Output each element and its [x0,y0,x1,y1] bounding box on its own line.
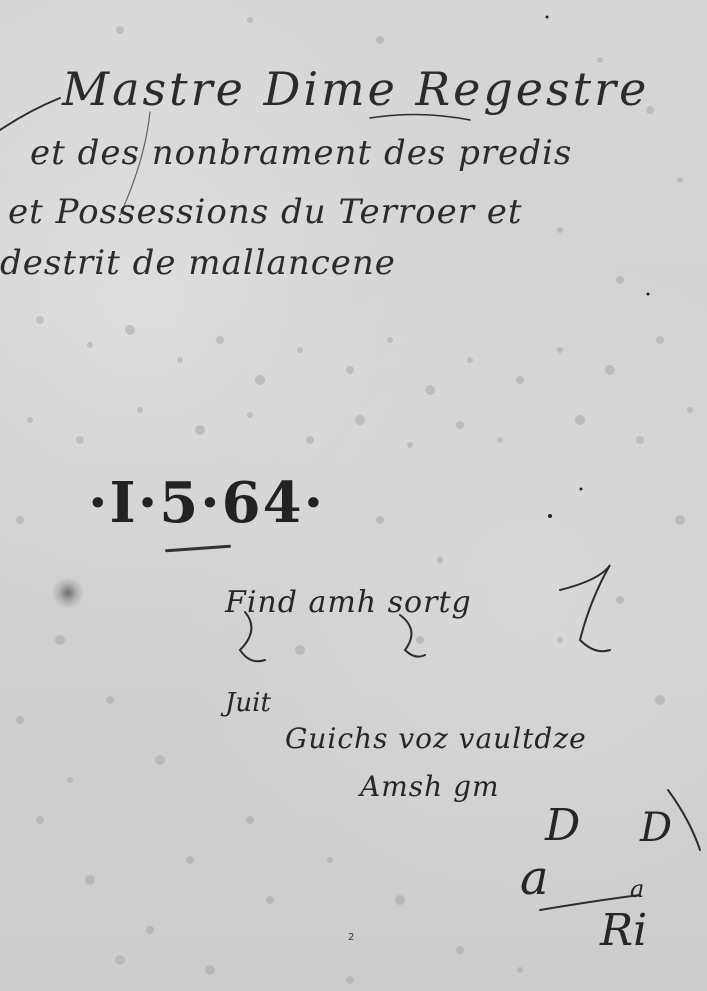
year-date: ·I·5·64· [88,470,325,536]
annotation-glyph-3: a [520,850,549,906]
annotation-line-1: Find amh sortg [225,585,472,620]
annotation-line-4: Amsh gm [360,770,500,803]
annotation-line-2: Juit [225,688,271,718]
page-number: 2 [348,932,354,943]
manuscript-page: Mastre Dime Regestre et des nonbrament d… [0,0,707,991]
annotation-glyph-5: Ri [600,905,647,956]
annotation-line-3: Guichs voz vaultdze [285,722,587,755]
annotation-glyph-2: D [640,805,672,851]
annotation-glyph-1: D [545,800,580,851]
annotation-glyph-4: a [630,875,644,903]
